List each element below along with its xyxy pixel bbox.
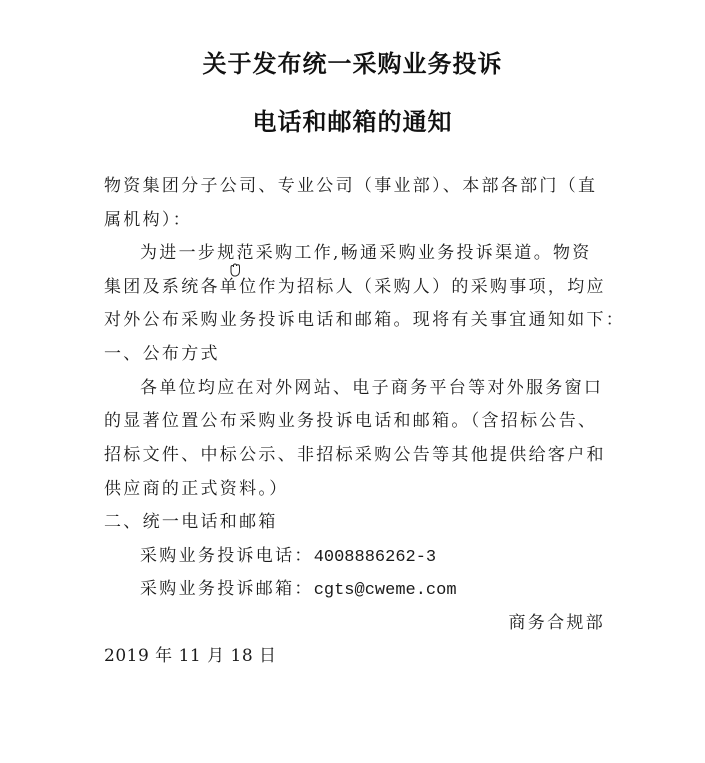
section2-heading: 二、统一电话和邮箱 xyxy=(104,512,624,532)
phone-label: 采购业务投诉电话： xyxy=(140,546,314,566)
document-title-line2: 电话和邮箱的通知 xyxy=(0,102,705,137)
email-value: cgts@cweme.com xyxy=(314,581,457,600)
intro-line2: 集团及系统各单位作为招标人（采购人）的采购事项，均应 xyxy=(104,277,624,297)
salutation-line2: 属机构）： xyxy=(104,210,624,230)
salutation-line1: 物资集团分子公司、专业公司（事业部）、本部各部门（直 xyxy=(104,176,624,196)
section1-line3: 招标文件、中标公示、非招标采购公告等其他提供给客户和 xyxy=(104,445,624,465)
phone-row: 采购业务投诉电话：4008886262-3 xyxy=(140,546,660,568)
email-label: 采购业务投诉邮箱： xyxy=(140,579,314,599)
intro-line3: 对外公布采购业务投诉电话和邮箱。现将有关事宜通知如下： xyxy=(104,310,624,330)
email-row: 采购业务投诉邮箱：cgts@cweme.com xyxy=(140,579,660,601)
section1-line4: 供应商的正式资料。） xyxy=(104,479,624,499)
intro-line1: 为进一步规范采购工作,畅通采购业务投诉渠道。物资 xyxy=(140,243,660,263)
section1-line2: 的显著位置公布采购业务投诉电话和邮箱。（含招标公告、 xyxy=(104,411,624,431)
section1-line1: 各单位均应在对外网站、电子商务平台等对外服务窗口 xyxy=(140,378,660,398)
section1-heading: 一、公布方式 xyxy=(104,344,624,364)
signature: 商务合规部 xyxy=(509,613,606,633)
date: 2019 年 11 月 18 日 xyxy=(104,646,624,666)
phone-value: 4008886262-3 xyxy=(314,548,436,567)
hand-pointer-icon xyxy=(228,263,242,279)
document-title-line1: 关于发布统一采购业务投诉 xyxy=(0,44,705,79)
